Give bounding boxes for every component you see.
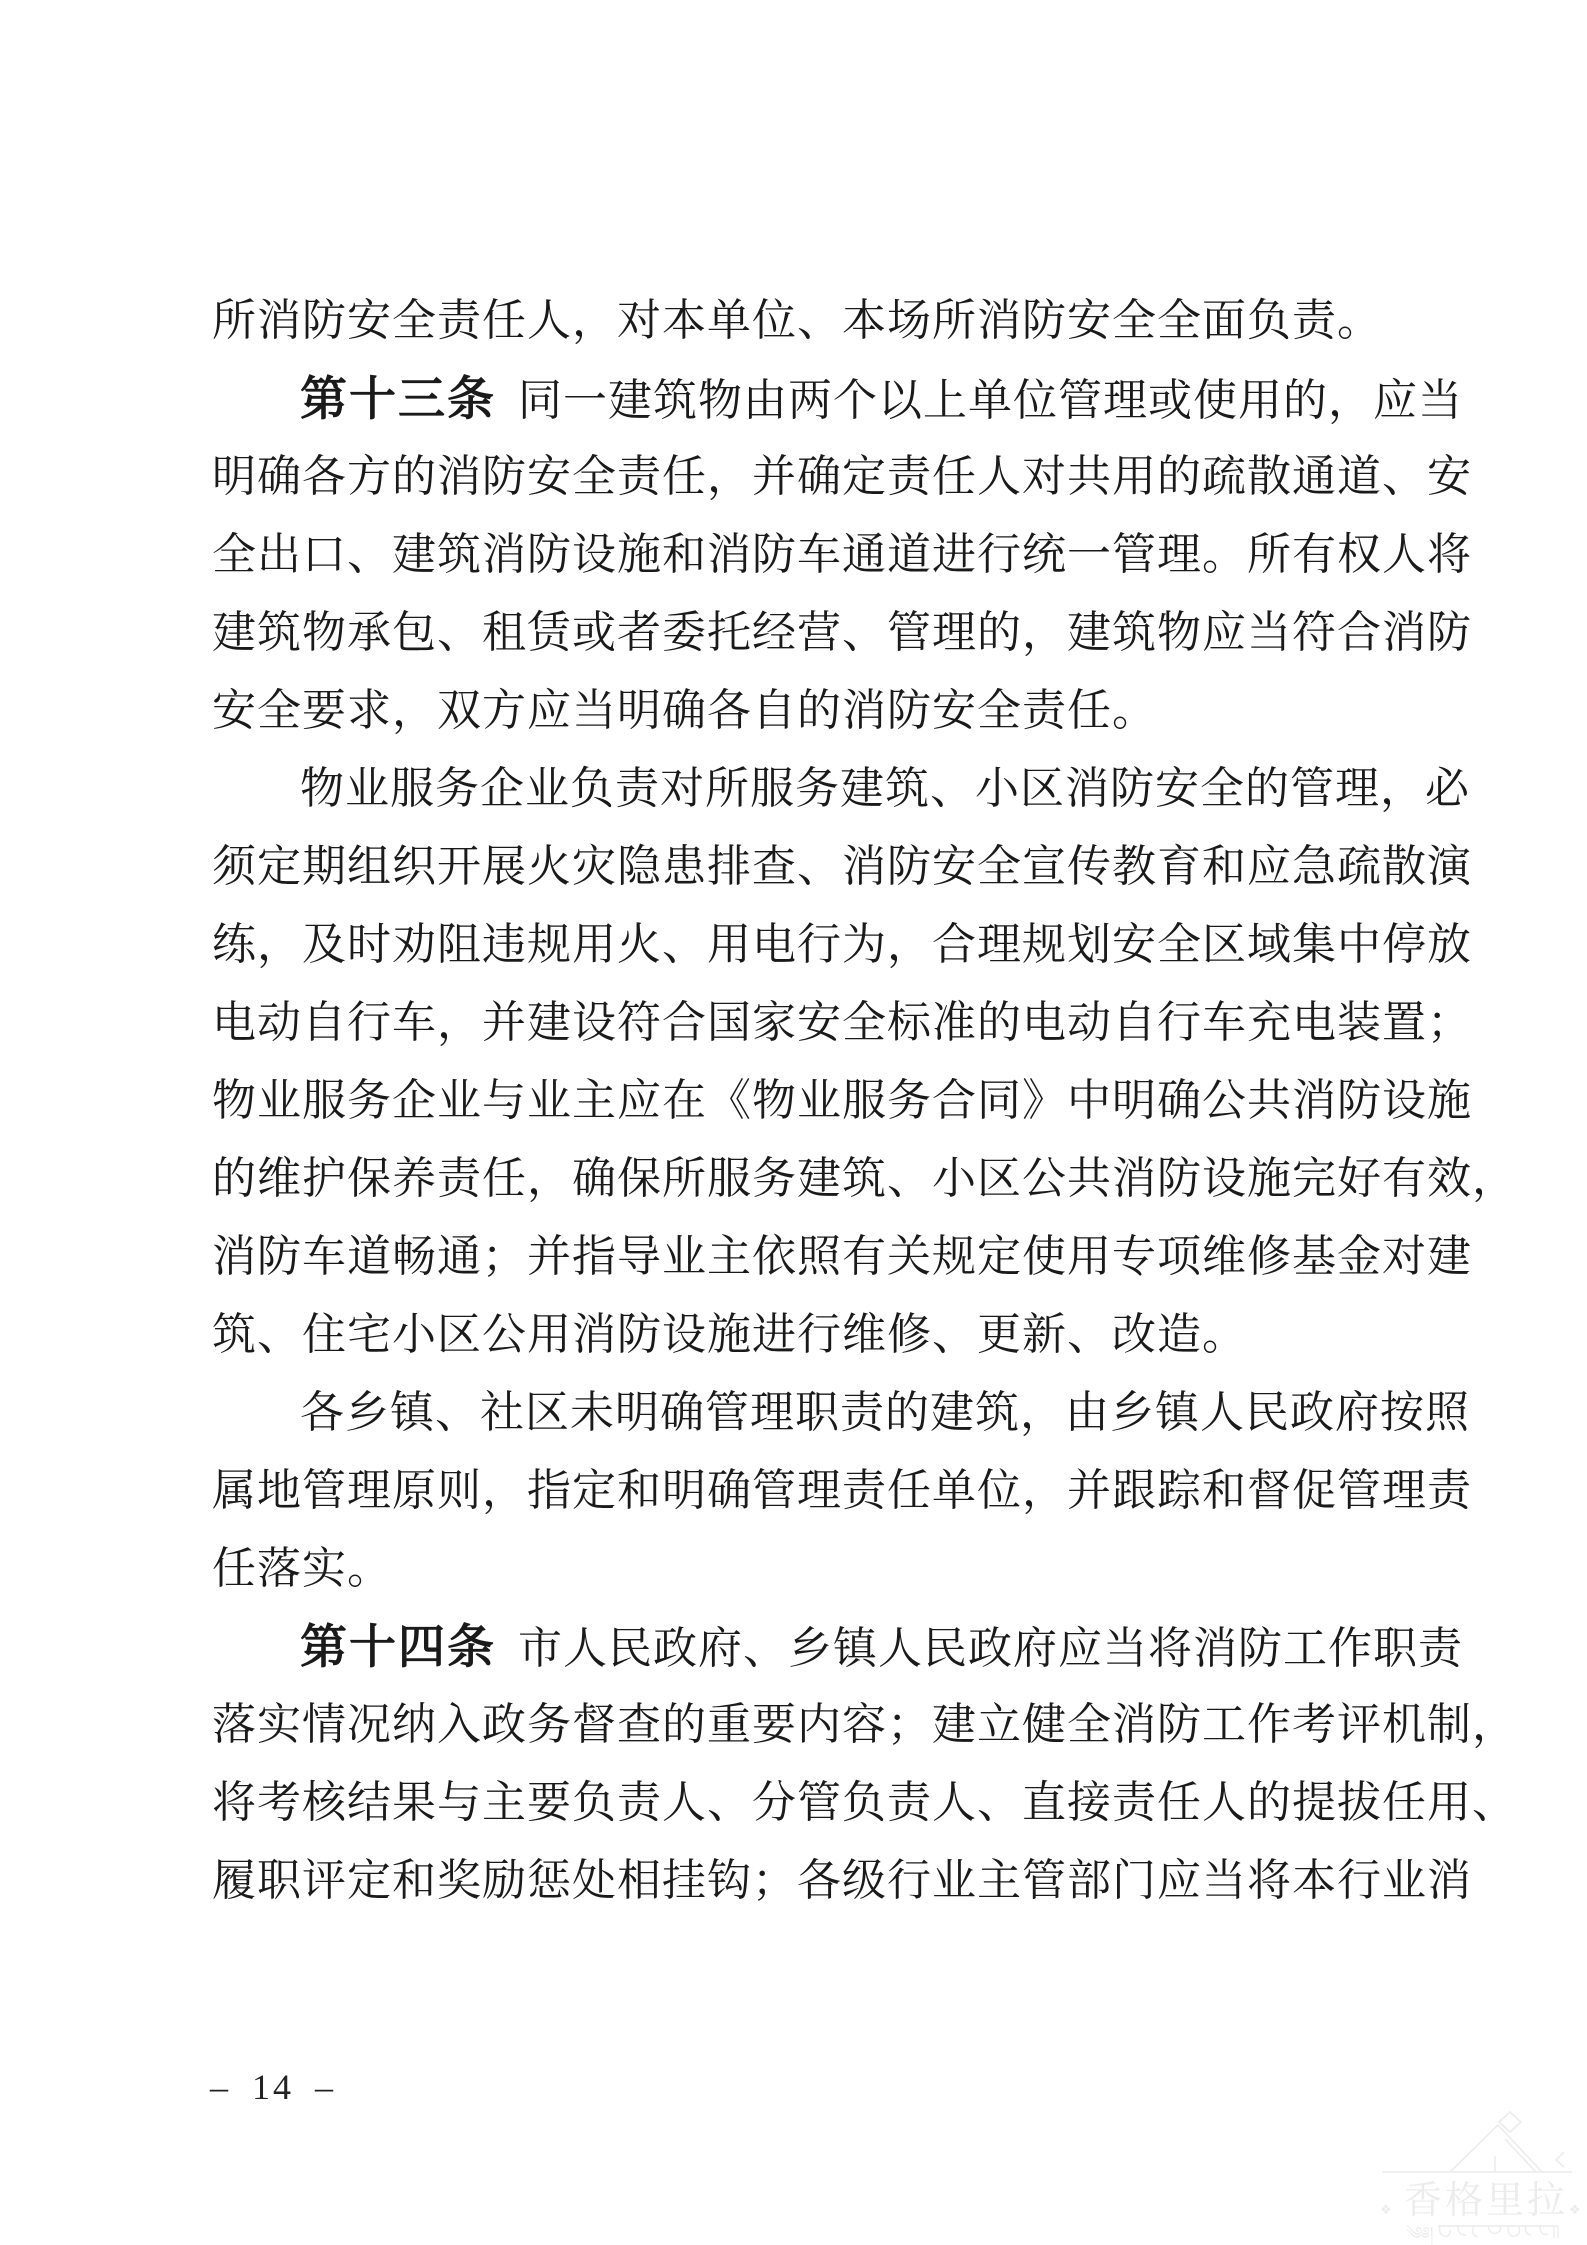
text-line: 将考核结果与主要负责人、分管负责人、直接责任人的提拔任用、 — [212, 1764, 1444, 1842]
diamond-ornament-icon: ❖ — [1380, 2202, 1392, 2217]
diamond-ornament-icon: ❖ — [1569, 2202, 1581, 2217]
mountain-logo-icon — [1382, 2112, 1572, 2172]
watermark-tibetan-head: ༄༅། — [1406, 2224, 1434, 2245]
line-text: 明确各方的消防安全责任，并确定责任人对共用的疏散通道、安 — [212, 452, 1472, 501]
text-line: 筑、住宅小区公用消防设施进行维修、更新、改造。 — [212, 1296, 1444, 1374]
text-line: 安全要求，双方应当明确各自的消防安全责任。 — [212, 672, 1444, 750]
line-text: 履职评定和奖励惩处相挂钩；各级行业主管部门应当将本行业消 — [212, 1856, 1472, 1905]
line-text: 将考核结果与主要负责人、分管负责人、直接责任人的提拔任用、 — [212, 1778, 1517, 1827]
text-line: 明确各方的消防安全责任，并确定责任人对共用的疏散通道、安 — [212, 438, 1444, 516]
text-line: 履职评定和奖励惩处相挂钩；各级行业主管部门应当将本行业消 — [212, 1842, 1444, 1920]
shangri-la-watermark: ❖ ❖ 香格里拉 ༄༅། — [1368, 2108, 1587, 2245]
text-line: 的维护保养责任，确保所服务建筑、小区公共消防设施完好有效， — [212, 1140, 1444, 1218]
line-text: 电动自行车，并建设符合国家安全标准的电动自行车充电装置； — [212, 998, 1472, 1047]
text-line: 练，及时劝阻违规用火、用电行为，合理规划安全区域集中停放 — [212, 906, 1444, 984]
line-text: 练，及时劝阻违规用火、用电行为，合理规划安全区域集中停放 — [212, 920, 1472, 969]
line-text: 同一建筑物由两个以上单位管理或使用的，应当 — [518, 376, 1463, 425]
text-line: 须定期组织开展火灾隐患排查、消防安全宣传教育和应急疏散演 — [212, 828, 1444, 906]
line-text: 筑、住宅小区公用消防设施进行维修、更新、改造。 — [212, 1310, 1247, 1359]
text-line: 第十四条市人民政府、乡镇人民政府应当将消防工作职责 — [212, 1608, 1444, 1686]
watermark-cn-text: 香格里拉 — [1404, 2180, 1568, 2222]
line-text: 市人民政府、乡镇人民政府应当将消防工作职责 — [518, 1624, 1463, 1673]
page-number: – 14 – — [210, 2066, 336, 2108]
line-text: 任落实。 — [212, 1544, 392, 1593]
line-text: 物业服务企业与业主应在《物业服务合同》中明确公共消防设施 — [212, 1076, 1472, 1125]
text-line: 所消防安全责任人，对本单位、本场所消防安全全面负责。 — [212, 282, 1444, 360]
text-line: 属地管理原则，指定和明确管理责任单位，并跟踪和督促管理责 — [212, 1452, 1444, 1530]
tibetan-script-decoration — [1438, 2225, 1558, 2238]
text-line: 电动自行车，并建设符合国家安全标准的电动自行车充电装置； — [212, 984, 1444, 1062]
text-line: 消防车道畅通；并指导业主依照有关规定使用专项维修基金对建 — [212, 1218, 1444, 1296]
text-line: 物业服务企业负责对所服务建筑、小区消防安全的管理，必 — [212, 750, 1444, 828]
line-text: 各乡镇、社区未明确管理职责的建筑，由乡镇人民政府按照 — [300, 1388, 1470, 1437]
line-text: 物业服务企业负责对所服务建筑、小区消防安全的管理，必 — [300, 764, 1470, 813]
line-text: 属地管理原则，指定和明确管理责任单位，并跟踪和督促管理责 — [212, 1466, 1472, 1515]
text-line: 第十三条同一建筑物由两个以上单位管理或使用的，应当 — [212, 360, 1444, 438]
text-line: 落实情况纳入政务督查的重要内容；建立健全消防工作考评机制， — [212, 1686, 1444, 1764]
document-lines: 所消防安全责任人，对本单位、本场所消防安全全面负责。第十三条同一建筑物由两个以上… — [212, 282, 1444, 1920]
line-text: 安全要求，双方应当明确各自的消防安全责任。 — [212, 686, 1157, 735]
line-text: 消防车道畅通；并指导业主依照有关规定使用专项维修基金对建 — [212, 1232, 1472, 1281]
line-text: 落实情况纳入政务督查的重要内容；建立健全消防工作考评机制， — [212, 1700, 1517, 1749]
line-text: 的维护保养责任，确保所服务建筑、小区公共消防设施完好有效， — [212, 1154, 1517, 1203]
text-line: 各乡镇、社区未明确管理职责的建筑，由乡镇人民政府按照 — [212, 1374, 1444, 1452]
line-text: 全出口、建筑消防设施和消防车通道进行统一管理。所有权人将 — [212, 530, 1472, 579]
text-line: 任落实。 — [212, 1530, 1444, 1608]
article-heading: 第十四条 — [300, 1620, 496, 1673]
text-line: 物业服务企业与业主应在《物业服务合同》中明确公共消防设施 — [212, 1062, 1444, 1140]
article-heading: 第十三条 — [300, 372, 496, 425]
line-text: 须定期组织开展火灾隐患排查、消防安全宣传教育和应急疏散演 — [212, 842, 1472, 891]
text-line: 全出口、建筑消防设施和消防车通道进行统一管理。所有权人将 — [212, 516, 1444, 594]
document-page: 所消防安全责任人，对本单位、本场所消防安全全面负责。第十三条同一建筑物由两个以上… — [0, 0, 1587, 2245]
text-line: 建筑物承包、租赁或者委托经营、管理的，建筑物应当符合消防 — [212, 594, 1444, 672]
line-text: 建筑物承包、租赁或者委托经营、管理的，建筑物应当符合消防 — [212, 608, 1472, 657]
line-text: 所消防安全责任人，对本单位、本场所消防安全全面负责。 — [212, 296, 1382, 345]
